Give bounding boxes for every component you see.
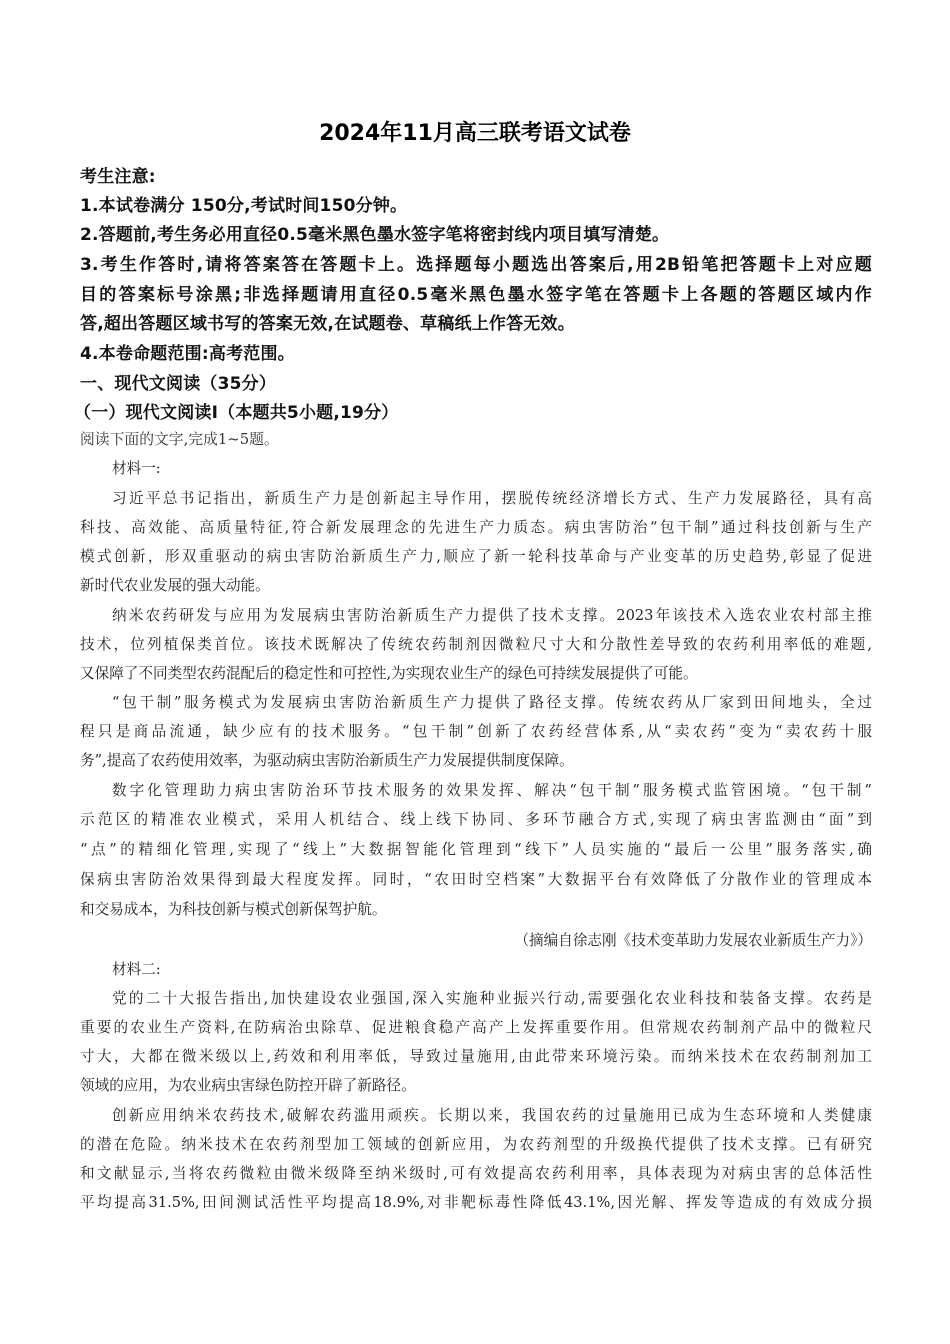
m1-p3-line-3: 务”,提高了农药使用效率，为驱动病虫害防治新质生产力发展提供制度保障。 (80, 749, 872, 770)
m1-p4-line-4: 保病虫害防治效果得到最大程度发挥。同时，“农田时空档案”大数据平台有效降低了分散… (80, 868, 872, 889)
notice-item-3: 3.考生作答时,请将答案答在答题卡上。选择题每小题选出答案后,用2B铅笔把答题卡… (80, 250, 872, 275)
m2-p2-line-1: 创新应用纳米农药技术,破解农药滥用顽疾。长期以来，我国农药的过量施用已成为生态环… (112, 1104, 872, 1125)
m2-p2-line-3: 和文献显示,当将农药微粒由微米级降至纳米级时,可有效提高农药利用率，具体表现为对… (80, 1162, 872, 1183)
notice-item-4: 4.本卷命题范围:高考范围。 (80, 339, 872, 364)
m1-p4-line-2: 示范区的精准农业模式，采用人机结合、线上线下协同、多环节融合方式,实现了病虫害监… (80, 808, 872, 829)
m1-p1-line-4: 新时代农业发展的强大动能。 (80, 574, 872, 595)
material-one-source: （摘编自徐志刚《技术变革助力发展农业新质生产力》） (80, 929, 872, 950)
m1-p4-line-1: 数字化管理助力病虫害防治环节技术服务的效果发挥、解决“包干制”服务模式监管困境。… (112, 779, 872, 800)
section-heading: 一、现代文阅读（35分） (80, 369, 872, 394)
m1-p1-line-2: 科技、高效能、高质量特征,符合新发展理念的先进生产力质态。病虫害防治“包干制”通… (80, 516, 872, 537)
material-two-label: 材料二: (112, 958, 872, 979)
m2-p1-line-4: 领域的应用，为农业病虫害绿色防控开辟了新路径。 (80, 1074, 872, 1095)
m2-p1-line-1: 党的二十大报告指出,加快建设农业强国,深入实施种业振兴行动,需要强化农业科技和装… (112, 987, 872, 1008)
reading-instruction: 阅读下面的文字,完成1~5题。 (80, 428, 872, 449)
m1-p1-line-3: 模式创新，形双重驱动的病虫害防治新质生产力,顺应了新一轮科技革命与产业变革的历史… (80, 545, 872, 566)
m2-p2-line-4: 平均提高31.5%,田间测试活性平均提高18.9%,对非靶标毒性降低43.1%,… (80, 1191, 872, 1212)
m2-p1-line-3: 寸大，大都在微米级以上,药效和利用率低，导致过量施用,由此带来环境污染。而纳米技… (80, 1045, 872, 1066)
notice-heading: 考生注意: (80, 162, 872, 187)
notice-item-1: 1.本试卷满分 150分,考试时间150分钟。 (80, 191, 872, 216)
m1-p1-line-1: 习近平总书记指出，新质生产力是创新起主导作用，摆脱传统经济增长方式、生产力发展路… (112, 487, 872, 508)
m2-p2-line-2: 的潜在危险。纳米技术在农药剂型加工领域的创新应用，为农药剂型的升级换代提供了技术… (80, 1133, 872, 1154)
m1-p3-line-2: 程只是商品流通，缺少应有的技术服务。“包干制”创新了农药经营体系,从“卖农药”变… (80, 720, 872, 741)
m1-p2-line-3: 又保障了不同类型农药混配后的稳定性和可控性,为实现农业生产的绿色可持续发展提供了… (80, 662, 872, 683)
m1-p2-line-2: 技术，位列植保类首位。该技术既解决了传统农药制剂因微粒尺寸大和分散性差导致的农药… (80, 633, 872, 654)
subsection-heading: （一）现代文阅读Ⅰ（本题共5小题,19分） (74, 398, 866, 423)
m2-p1-line-2: 重要的农业生产资料,在防病治虫除草、促进粮食稳产高产上发挥重要作用。但常规农药制… (80, 1016, 872, 1037)
exam-page: 2024年11月高三联考语文试卷 考生注意: 1.本试卷满分 150分,考试时间… (0, 0, 950, 1344)
notice-item-2: 2.答题前,考生务必用直径0.5毫米黑色墨水签字笔将密封线内项目填写清楚。 (80, 220, 872, 245)
m1-p4-line-5: 和交易成本，为科技创新与模式创新保驾护航。 (80, 898, 872, 919)
notice-item-3-cont-2: 答,超出答题区域书写的答案无效,在试题卷、草稿纸上作答无效。 (80, 309, 872, 334)
notice-item-3-cont: 目的答案标号涂黑;非选择题请用直径0.5毫米黑色墨水签字笔在答题卡上各题的答题区… (80, 280, 872, 305)
exam-title: 2024年11月高三联考语文试卷 (0, 116, 950, 147)
m1-p3-line-1: “包干制”服务模式为发展病虫害防治新质生产力提供了路径支撑。传统农药从厂家到田间… (112, 691, 872, 712)
material-one-label: 材料一: (112, 457, 872, 478)
m1-p4-line-3: “点”的精细化管理,实现了“线上”大数据智能化管理到“线下”人员实施的“最后一公… (80, 838, 872, 859)
m1-p2-line-1: 纳米农药研发与应用为发展病虫害防治新质生产力提供了技术支撑。2023年该技术入选… (112, 604, 872, 625)
